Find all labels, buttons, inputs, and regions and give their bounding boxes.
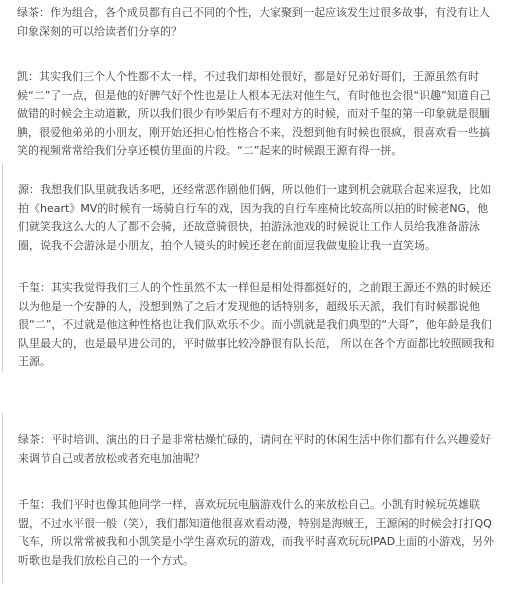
- answer-qianxi-2: 千玺：我们平时也像其他同学一样，喜欢玩玩电脑游戏什么的来放松自己。小凯有时候玩英…: [3, 496, 507, 570]
- speaker-label: 千玺：: [18, 498, 51, 511]
- interview-document-page: 绿茶：作为组合，各个成员都有自己不同的个性，大家聚到一起应该发生过很多故事，有没…: [0, 0, 507, 599]
- answer-yuan: 源：我想我们队里就我话多吧，还经常恶作剧他们俩，所以他们一逮到机会就联合起来逗我…: [3, 181, 507, 255]
- speaker-label: 绿茶：: [17, 6, 50, 19]
- paragraph-text: 平时培训、演出的日子是非常枯燥忙碌的，请问在平时的休闲生活中你们都有什么兴趣爱好…: [18, 433, 491, 465]
- paragraph-text: 我们平时也像其他同学一样，喜欢玩玩电脑游戏什么的来放松自己。小凯有时候玩英雄联盟…: [18, 498, 494, 567]
- qa-group-3: 绿茶：平时培训、演出的日子是非常枯燥忙碌的，请问在平时的休闲生活中你们都有什么兴…: [2, 413, 507, 583]
- paragraph-text: 我想我们队里就我话多吧，还经常恶作剧他们俩，所以他们一逮到机会就联合起来逗我，比…: [18, 183, 491, 252]
- speaker-label: 凯：: [17, 70, 39, 83]
- speaker-label: 源：: [18, 183, 40, 196]
- speaker-label: 千玺：: [18, 281, 51, 294]
- answer-kai: 凯：其实我们三个人个性都不太一样，不过我们却相处很好，都是好兄弟好哥们，王源虽然…: [0, 68, 507, 161]
- paragraph-text: 其实我觉得我们三人的个性虽然不太一样但是相处得都挺好的，之前跟王源还不熟的时候还…: [18, 281, 495, 368]
- speaker-label: 绿茶：: [18, 433, 51, 446]
- question-2: 绿茶：平时培训、演出的日子是非常枯燥忙碌的，请问在平时的休闲生活中你们都有什么兴…: [3, 431, 507, 468]
- qa-group-1: 绿茶：作为组合，各个成员都有自己不同的个性，大家聚到一起应该发生过很多故事，有没…: [0, 4, 507, 161]
- qa-group-2: 源：我想我们队里就我话多吧，还经常恶作剧他们俩，所以他们一逮到机会就联合起来逗我…: [2, 163, 507, 372]
- paragraph-text: 作为组合，各个成员都有自己不同的个性，大家聚到一起应该发生过很多故事，有没有让人…: [17, 6, 490, 38]
- answer-qianxi-1: 千玺：其实我觉得我们三人的个性虽然不太一样但是相处得都挺好的，之前跟王源还不熟的…: [3, 279, 507, 372]
- question-1: 绿茶：作为组合，各个成员都有自己不同的个性，大家聚到一起应该发生过很多故事，有没…: [0, 4, 507, 41]
- paragraph-text: 其实我们三个人个性都不太一样，不过我们却相处很好，都是好兄弟好哥们，王源虽然有时…: [17, 70, 491, 157]
